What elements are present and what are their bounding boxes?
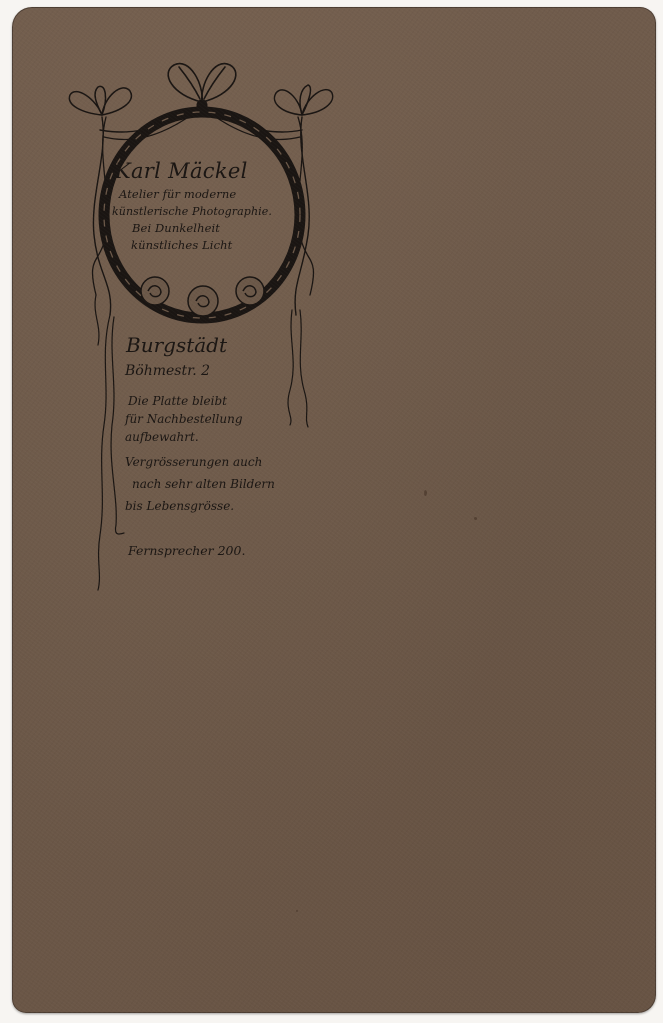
note-line: bis Lebensgrösse. — [125, 500, 234, 512]
note-line: Vergrösserungen auch — [125, 456, 262, 468]
cabinet-card-back: Karl Mäckel Atelier für moderne künstler… — [12, 7, 656, 1013]
studio-line: künstlerische Photographie. — [112, 206, 272, 217]
ribbon-bow-icon — [274, 85, 332, 115]
studio-line: Bei Dunkelheit — [132, 223, 220, 235]
paper-speck — [296, 910, 298, 912]
photographer-name: Karl Mäckel — [115, 161, 248, 182]
ribbon-bow-icon — [168, 64, 236, 102]
note-line: für Nachbestellung — [125, 413, 243, 425]
note-line: nach sehr alten Bildern — [132, 478, 275, 490]
studio-line: Atelier für moderne — [119, 189, 236, 201]
note-line: Die Platte bleibt — [128, 395, 227, 407]
paper-speck — [474, 517, 477, 520]
studio-city: Burgstädt — [126, 335, 227, 355]
paper-speck — [424, 490, 427, 496]
studio-line: künstliches Licht — [131, 240, 232, 252]
note-line: aufbewahrt. — [125, 431, 199, 443]
ribbon-bow-icon — [69, 86, 131, 115]
telephone-number: Fernsprecher 200. — [128, 545, 245, 558]
laurel-wreath-icon — [52, 55, 337, 600]
studio-street: Böhmestr. 2 — [125, 364, 210, 378]
